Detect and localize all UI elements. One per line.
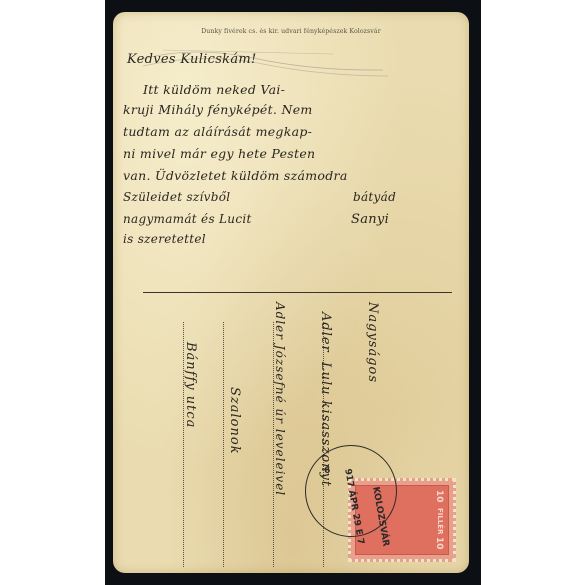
stamp-value-top: 10 bbox=[434, 490, 444, 503]
message-line: nagymamát és Lucit bbox=[123, 212, 252, 226]
message-line: ni mivel már egy hete Pesten bbox=[123, 146, 315, 161]
signature-closing: bátyád bbox=[353, 190, 396, 204]
signature-name: Sanyi bbox=[351, 212, 389, 227]
message-line: is szeretettel bbox=[123, 232, 206, 246]
message-line: Itt küldöm neked Vai- bbox=[143, 82, 285, 97]
stamp-label: FILLÉR bbox=[436, 508, 444, 534]
message-line: kruji Mihály fényképét. Nem bbox=[123, 102, 313, 117]
address-line: Adler bbox=[318, 312, 333, 353]
publisher-line: Dunky fivérek cs. és kir. udvari fénykép… bbox=[113, 28, 469, 35]
postmark: 917 ÁPR 29 E 7 KOLOZSVÁR 6 bbox=[305, 445, 397, 537]
message-line: tudtam az aláírását megkap- bbox=[123, 124, 312, 139]
address-line: Nagyságos bbox=[365, 302, 380, 383]
message-line: van. Üdvözletet küldöm számodra bbox=[123, 168, 348, 183]
postmark-number: 6 bbox=[324, 466, 330, 476]
address-line: Bánffy utca bbox=[183, 342, 198, 428]
address-line: Adler Józsefné úr leveleivel bbox=[273, 302, 287, 496]
address-line: Szalonok bbox=[227, 387, 242, 455]
message-greeting: Kedves Kulicskám! bbox=[127, 52, 257, 67]
address-dotted-line bbox=[223, 322, 224, 567]
postcard: Dunky fivérek cs. és kir. udvari fénykép… bbox=[113, 12, 469, 573]
message-line: Szüleidet szívből bbox=[123, 190, 230, 204]
stamp-value-bottom: 10 bbox=[434, 537, 444, 550]
section-divider bbox=[143, 292, 452, 293]
postmark-date: 917 ÁPR 29 E 7 bbox=[342, 468, 365, 545]
